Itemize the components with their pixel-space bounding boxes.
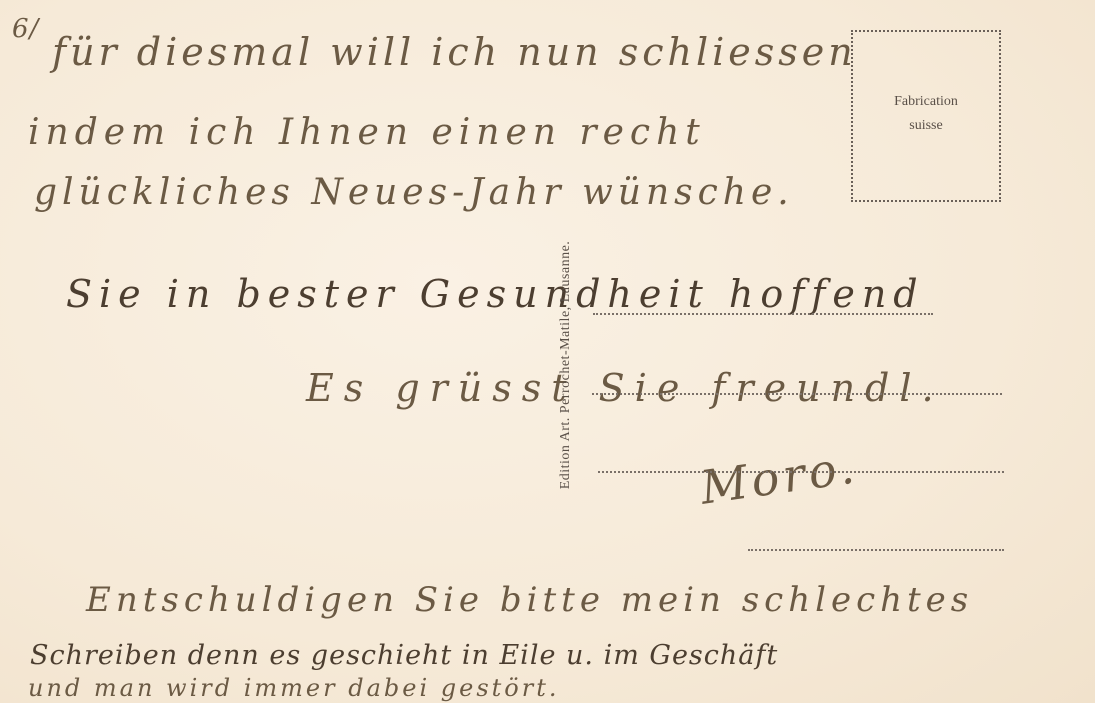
stamp-text-line2: suisse [853,118,999,134]
postscript-line-1: Entschuldigen Sie bitte mein schlechtes [86,580,973,620]
publisher-imprint: Edition Art. Perrochet-Matile, Lausanne. [558,241,574,490]
postcard-back: 6/ für diesmal will ich nun schliessen i… [0,0,1095,703]
message-line-5: Es grüsst Sie freundl. [306,366,944,410]
message-line-1: für diesmal will ich nun schliessen [52,30,857,74]
message-line-2: indem ich Ihnen einen recht [28,112,706,153]
page-marker: 6/ [12,14,39,44]
address-line-2 [592,393,1002,395]
message-line-3: glückliches Neues-Jahr wünsche. [34,172,794,213]
stamp-box: Fabrication suisse [851,30,1001,202]
address-line-4 [748,549,1004,551]
postscript-line-2: Schreiben denn es geschieht in Eile u. i… [30,640,778,671]
address-line-1 [593,313,933,315]
signature: Moro. [697,439,861,515]
address-line-3 [598,471,1004,473]
postscript-line-3: und man wird immer dabei gestört. [28,674,560,702]
message-line-4: Sie in bester Gesundheit hoffend [66,272,925,316]
stamp-text-line1: Fabrication [853,94,999,110]
